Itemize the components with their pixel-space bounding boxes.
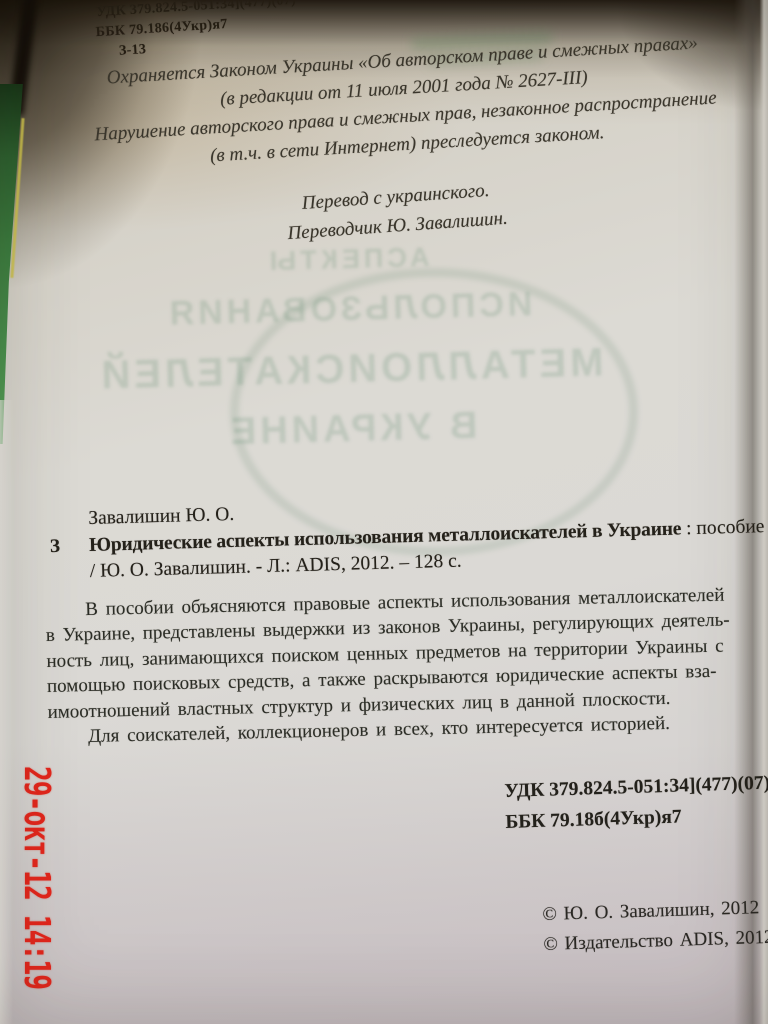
spine-dark-streak xyxy=(8,0,38,115)
book-copyright-page-photo: АСПЕКТЫ ИСПОЛЬЗОВАНИЯ МЕТАЛЛОИСКАТЕЛЕЙ В… xyxy=(0,0,768,1024)
green-cover-edge xyxy=(0,84,26,444)
ghost-line: ИСПОЛЬЗОВАНИЯ xyxy=(38,272,659,346)
copyright-block: © Ю. О. Завалишин, 2012 © Издательство A… xyxy=(542,893,768,960)
copyright-line: © Издательство ADIS, 2012 xyxy=(543,923,768,960)
catalog-margin-mark: З xyxy=(50,536,61,558)
translation-credit: Перевод с украинского. Переводчик Ю. Зав… xyxy=(230,171,563,252)
annotation-paragraph: В пособии объясняются правовые аспекты и… xyxy=(45,578,768,750)
ghost-line: МЕТАЛЛОИСКАТЕЛЕЙ xyxy=(40,330,661,408)
page-left-edge xyxy=(0,400,13,1024)
cover-edge-yellow-sliver xyxy=(10,118,24,278)
bottom-classification-block: УДК 379.824.5-051:34](477)(07) ББК 79.18… xyxy=(504,768,768,838)
book-title-rest: : пособие xyxy=(681,516,765,539)
bibliographic-record: Завалишин Ю. О. Юридические аспекты испо… xyxy=(88,483,768,586)
ghost-title-showthrough: АСПЕКТЫ ИСПОЛЬЗОВАНИЯ МЕТАЛЛОИСКАТЕЛЕЙ В… xyxy=(37,230,663,466)
ghost-line: В УКРАИНЕ xyxy=(41,392,662,466)
camera-timestamp: 29-окт-12 14:19 xyxy=(18,766,54,989)
